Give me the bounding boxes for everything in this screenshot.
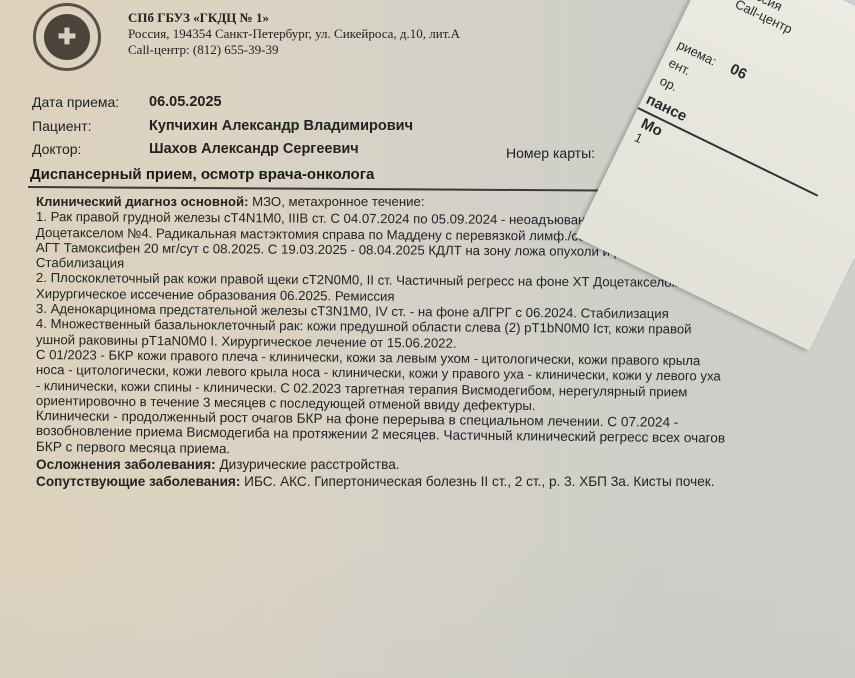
sheet2-doctor: ор. — [657, 73, 680, 94]
patient-label: Пациент: — [32, 118, 92, 134]
card-label: Номер карты: — [506, 145, 595, 161]
org-name: СПб ГБУЗ «ГКДЦ № 1» — [128, 10, 460, 26]
sheet2-num: 1 — [632, 130, 645, 147]
clinic-emblem-icon: ✚ — [33, 3, 101, 71]
complications-label: Осложнения заболевания: — [36, 457, 216, 472]
complications-value: Дизурические расстройства. — [216, 457, 400, 472]
main-diagnosis-label: Клинический диагноз основной: — [36, 194, 248, 209]
comorbidities: Сопутствующие заболевания: ИБС. АКС. Гип… — [36, 473, 836, 490]
org-callcenter: Call-центр: (812) 655-39-39 — [128, 42, 460, 58]
date-label: Дата приема: — [32, 94, 119, 110]
date-value: 06.05.2025 — [149, 94, 222, 110]
sheet2-date-value: 06 — [727, 61, 749, 84]
patient-value: Купчихин Александр Владимирович — [149, 118, 413, 134]
doctor-label: Доктор: — [32, 141, 81, 157]
comorbid-value: ИБС. АКС. Гипертоническая болезнь II ст.… — [240, 474, 714, 489]
comorbid-label: Сопутствующие заболевания: — [36, 474, 240, 489]
main-diagnosis-value: МЗО, метахронное течение: — [248, 194, 424, 209]
emblem-inner: ✚ — [44, 14, 90, 60]
org-header: СПб ГБУЗ «ГКДЦ № 1» Россия, 194354 Санкт… — [128, 10, 460, 58]
section-title: Диспансерный прием, осмотр врача-онколог… — [30, 166, 374, 183]
sheet2-divider — [638, 107, 818, 196]
sheet2-patient: ент. — [666, 55, 693, 78]
doctor-value: Шахов Александр Сергеевич — [149, 141, 359, 157]
org-address: Россия, 194354 Санкт-Петербург, ул. Сике… — [128, 26, 460, 42]
